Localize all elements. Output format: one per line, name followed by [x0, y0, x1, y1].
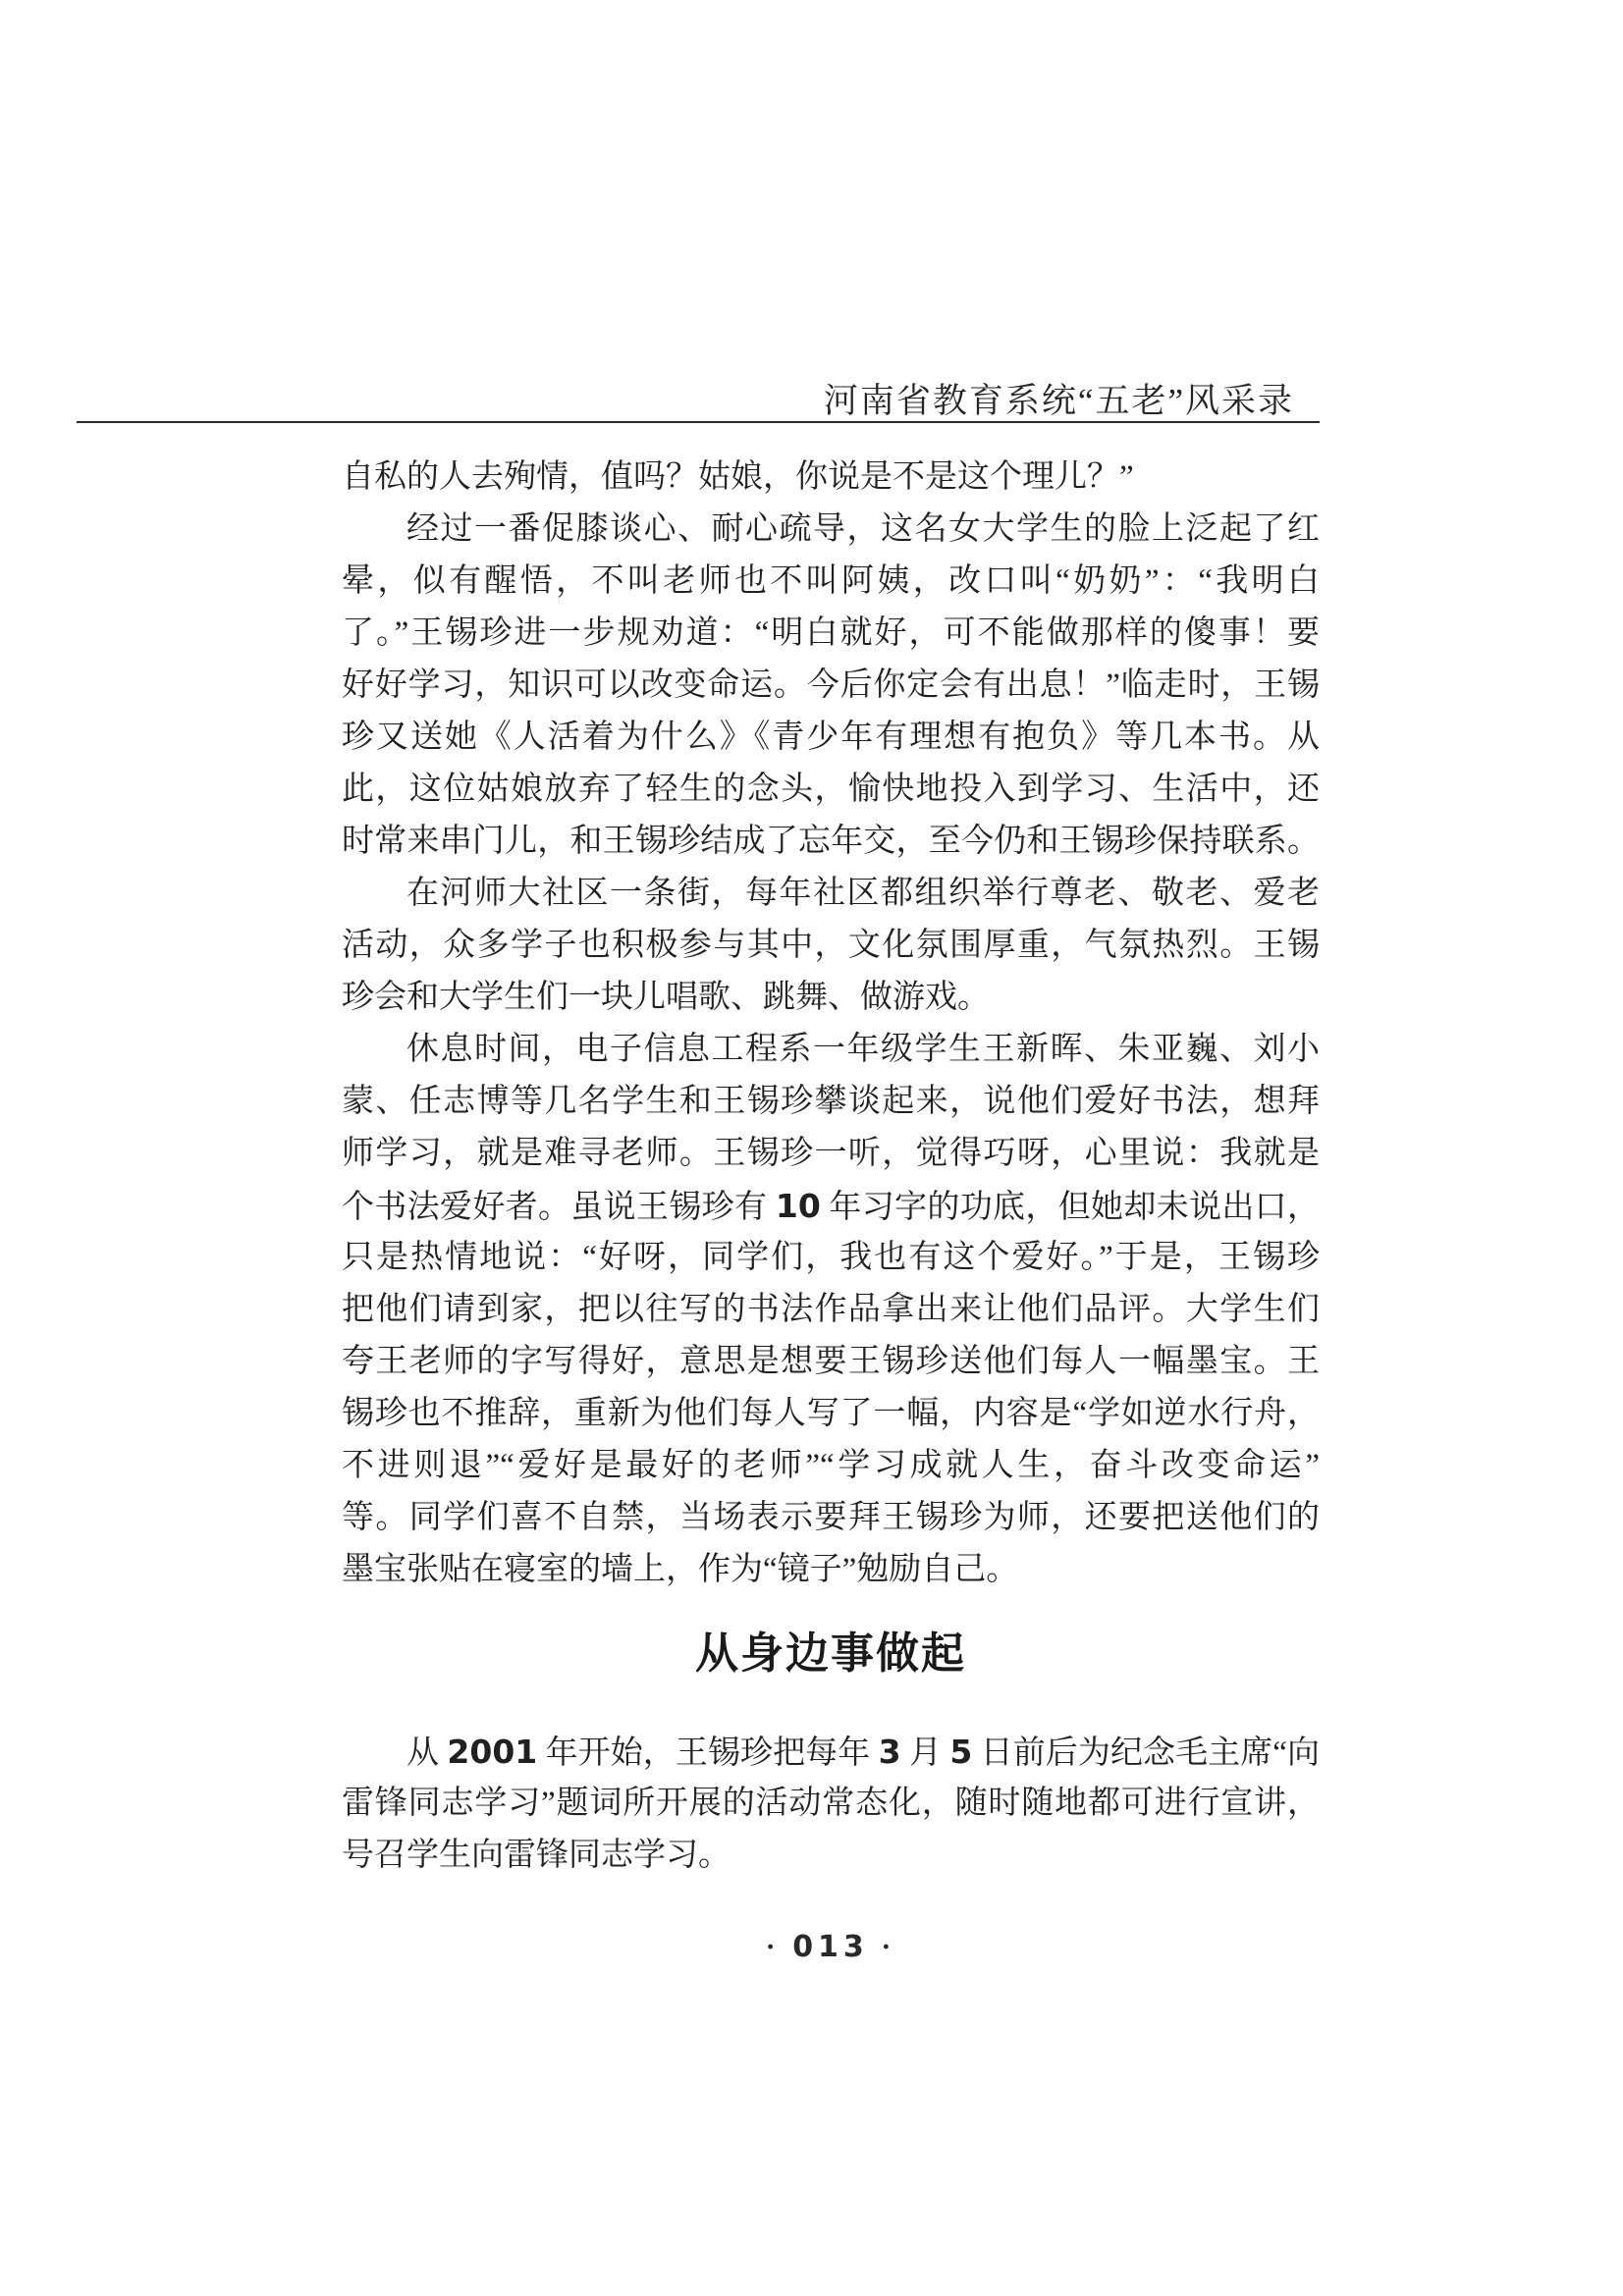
paragraph-line: 从 2001 年开始，王锡珍把每年 3 月 5 日前后为纪念毛主席“向 [342, 1726, 1320, 1778]
running-header-title: 河南省教育系统“五老”风采录 [824, 382, 1294, 421]
paragraph-line: 把他们请到家，把以往写的书法作品拿出来让他们品评。大学生们 [342, 1284, 1320, 1336]
paragraph-line: 师学习，就是难寻老师。王锡珍一听，觉得巧呀，心里说：我就是 [342, 1128, 1320, 1180]
paragraph-line: 珍又送她《人活着为什么》《青少年有理想有抱负》等几本书。从 [342, 712, 1320, 764]
paragraph-line: 此，这位姑娘放弃了轻生的念头，愉快地投入到学习、生活中，还 [342, 764, 1320, 816]
paragraph-line: 只是热情地说：“好呀，同学们，我也有这个爱好。”于是，王锡珍 [342, 1232, 1320, 1284]
closing-text-block: 从 2001 年开始，王锡珍把每年 3 月 5 日前后为纪念毛主席“向 雷锋同志… [342, 1726, 1320, 1882]
main-text-block: 自私的人去殉情，值吗？姑娘，你说是不是这个理儿？” 经过一番促膝谈心、耐心疏导，… [342, 452, 1320, 1596]
paragraph-line: 了。”王锡珍进一步规劝道：“明白就好，可不能做那样的傻事！要 [342, 608, 1320, 660]
page-number: · 013 · [342, 1922, 1320, 1973]
paragraph-line: 雷锋同志学习”题词所开展的活动常态化，随时随地都可进行宣讲， [342, 1778, 1320, 1830]
header-rule [77, 421, 1320, 423]
book-page: 河南省教育系统“五老”风采录 自私的人去殉情，值吗？姑娘，你说是不是这个理儿？”… [0, 0, 1623, 2296]
paragraph-line: 晕，似有醒悟，不叫老师也不叫阿姨，改口叫“奶奶”：“我明白 [342, 556, 1320, 608]
paragraph-line: 自私的人去殉情，值吗？姑娘，你说是不是这个理儿？” [342, 452, 1320, 504]
paragraph-line: 活动，众多学子也积极参与其中，文化氛围厚重，气氛热烈。王锡 [342, 920, 1320, 972]
paragraph-line: 休息时间，电子信息工程系一年级学生王新晖、朱亚巍、刘小 [342, 1024, 1320, 1076]
paragraph-line: 时常来串门儿，和王锡珍结成了忘年交，至今仍和王锡珍保持联系。 [342, 816, 1320, 868]
paragraph-line: 在河师大社区一条街，每年社区都组织举行尊老、敬老、爱老 [342, 868, 1320, 920]
paragraph-line: 不进则退”“爱好是最好的老师”“学习成就人生，奋斗改变命运” [342, 1440, 1320, 1492]
paragraph-line: 珍会和大学生们一块儿唱歌、跳舞、做游戏。 [342, 972, 1320, 1024]
paragraph-line: 锡珍也不推辞，重新为他们每人写了一幅，内容是“学如逆水行舟， [342, 1388, 1320, 1440]
paragraph-line: 墨宝张贴在寝室的墙上，作为“镜子”勉励自己。 [342, 1544, 1320, 1596]
paragraph-line: 个书法爱好者。虽说王锡珍有 10 年习字的功底，但她却未说出口， [342, 1180, 1320, 1232]
paragraph-line: 夸王老师的字写得好，意思是想要王锡珍送他们每人一幅墨宝。王 [342, 1336, 1320, 1388]
paragraph-line: 蒙、任志博等几名学生和王锡珍攀谈起来，说他们爱好书法，想拜 [342, 1076, 1320, 1128]
paragraph-line: 等。同学们喜不自禁，当场表示要拜王锡珍为师，还要把送他们的 [342, 1492, 1320, 1544]
paragraph-line: 好好学习，知识可以改变命运。今后你定会有出息！”临走时，王锡 [342, 660, 1320, 712]
paragraph-line: 经过一番促膝谈心、耐心疏导，这名女大学生的脸上泛起了红 [342, 504, 1320, 556]
section-heading: 从身边事做起 [342, 1623, 1320, 1685]
paragraph-line: 号召学生向雷锋同志学习。 [342, 1830, 1320, 1882]
